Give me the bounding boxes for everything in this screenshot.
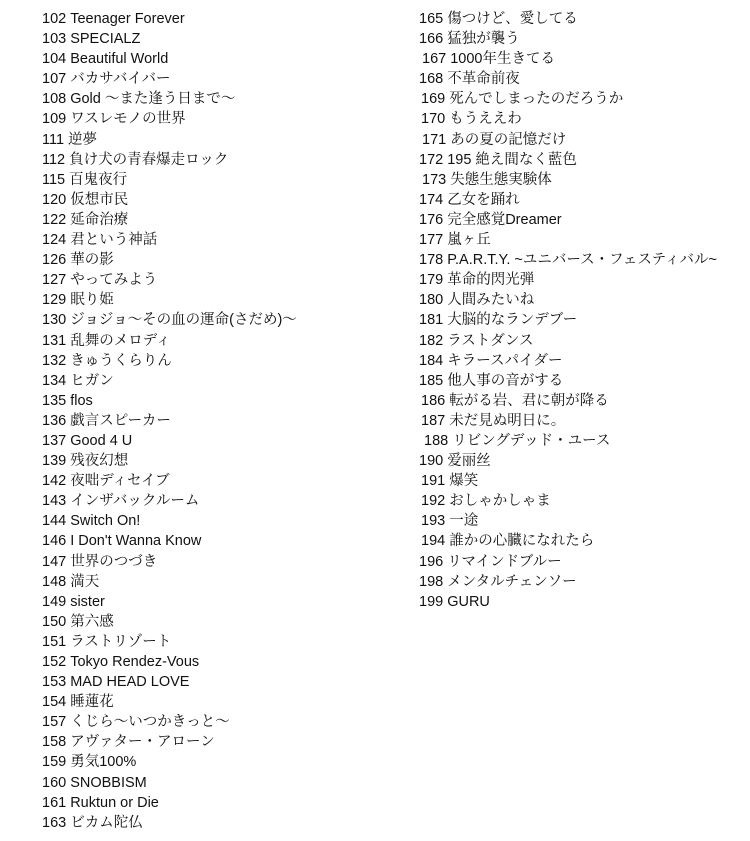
song-number: 161	[42, 795, 66, 811]
list-item: 168不革命前夜	[419, 69, 717, 89]
song-title: 爱丽丝	[447, 453, 491, 469]
list-item: 172195 絶え間なく藍色	[419, 150, 717, 170]
song-title: ワスレモノの世界	[70, 111, 185, 127]
song-title: sister	[70, 594, 105, 610]
list-item: 152Tokyo Rendez-Vous	[42, 652, 297, 672]
song-title: Beautiful World	[70, 51, 168, 67]
list-item: 108Gold ～また逢う日まで～	[42, 89, 297, 109]
list-item: 177嵐ヶ丘	[419, 230, 717, 250]
list-item: 122延命治療	[42, 210, 297, 230]
list-item: 149sister	[42, 592, 297, 612]
list-item: 160SNOBBISM	[42, 773, 297, 793]
song-number: 142	[42, 473, 66, 489]
song-title: 世界のつづき	[70, 554, 157, 570]
song-title: 仮想市民	[70, 192, 128, 208]
song-number: 103	[42, 31, 66, 47]
list-item: 148満天	[42, 572, 297, 592]
list-item: 139残夜幻想	[42, 451, 297, 471]
song-title: リマインドブルー	[447, 554, 561, 570]
song-number: 107	[42, 71, 66, 87]
song-title: 華の影	[70, 252, 114, 268]
song-title: 百鬼夜行	[69, 172, 127, 188]
list-item: 109ワスレモノの世界	[42, 109, 297, 129]
song-title: 完全感覚Dreamer	[447, 212, 561, 228]
song-number: 126	[42, 252, 66, 268]
list-item: 171あの夏の記憶だけ	[419, 130, 717, 150]
song-title: 逆夢	[68, 132, 97, 148]
song-number: 181	[419, 312, 443, 328]
list-item: 190爱丽丝	[419, 451, 717, 471]
song-title: 一途	[449, 513, 478, 529]
song-number: 165	[419, 11, 443, 27]
song-list-right: 165傷つけど、愛してる166猛独が襲う1671000年生きてる168不革命前夜…	[419, 9, 717, 612]
song-number: 146	[42, 533, 66, 549]
song-number: 115	[42, 172, 65, 188]
list-item: 120仮想市民	[42, 190, 297, 210]
song-title: ビカム陀仏	[70, 815, 143, 831]
song-number: 187	[421, 413, 445, 429]
song-title: I Don't Wanna Know	[70, 533, 201, 549]
song-number: 136	[42, 413, 66, 429]
song-number: 163	[42, 815, 66, 831]
song-number: 153	[42, 674, 66, 690]
song-title: 乱舞のメロディ	[70, 333, 170, 349]
song-number: 178	[419, 252, 443, 268]
song-number: 190	[419, 453, 443, 469]
song-number: 193	[421, 513, 445, 529]
song-number: 174	[419, 192, 443, 208]
song-title: 勇気100%	[70, 754, 136, 770]
list-item: 124君という神話	[42, 230, 297, 250]
song-number: 188	[424, 433, 448, 449]
song-number: 185	[419, 373, 443, 389]
list-item: 179革命的閃光弾	[419, 270, 717, 290]
list-item: 199GURU	[419, 592, 717, 612]
list-item: 165傷つけど、愛してる	[419, 9, 717, 29]
song-number: 192	[421, 493, 445, 509]
song-number: 112	[42, 152, 65, 168]
list-item: 142夜咄ディセイブ	[42, 471, 297, 491]
list-item: 176完全感覚Dreamer	[419, 210, 717, 230]
song-title: 猛独が襲う	[447, 31, 520, 47]
list-item: 104Beautiful World	[42, 49, 297, 69]
song-title: 延命治療	[70, 212, 128, 228]
song-number: 132	[42, 353, 66, 369]
song-title: バカサバイバー	[70, 71, 170, 87]
list-item: 154睡蓮花	[42, 692, 297, 712]
song-title: メンタルチェンソー	[447, 574, 576, 590]
song-title: ヒガン	[70, 373, 114, 389]
list-item: 1671000年生きてる	[419, 49, 717, 69]
song-number: 134	[42, 373, 66, 389]
song-number: 191	[421, 473, 445, 489]
list-item: 135flos	[42, 391, 297, 411]
song-number: 169	[421, 91, 445, 107]
song-number: 131	[42, 333, 66, 349]
list-item: 180人間みたいね	[419, 290, 717, 310]
song-number: 194	[421, 533, 445, 549]
song-title: GURU	[447, 594, 490, 610]
song-title: flos	[70, 393, 93, 409]
song-title: リビングデッド・ユース	[452, 433, 610, 449]
song-number: 179	[419, 272, 443, 288]
list-item: 112負け犬の青春爆走ロック	[42, 150, 297, 170]
song-title: ラストリゾート	[70, 634, 171, 650]
list-item: 127やってみよう	[42, 270, 297, 290]
song-title: Tokyo Rendez-Vous	[70, 654, 199, 670]
list-item: 182ラストダンス	[419, 331, 717, 351]
list-item: 130ジョジョ～その血の運命(さだめ)～	[42, 310, 297, 330]
song-title: Switch On!	[70, 513, 140, 529]
song-title: 不革命前夜	[447, 71, 520, 87]
song-number: 120	[42, 192, 66, 208]
list-item: 150第六感	[42, 612, 297, 632]
song-number: 199	[419, 594, 443, 610]
song-title: 転がる岩、君に朝が降る	[449, 393, 609, 409]
song-number: 198	[419, 574, 443, 590]
song-number: 167	[422, 51, 446, 67]
list-item: 181大脳的なランデブー	[419, 310, 717, 330]
song-title: 睡蓮花	[70, 694, 114, 710]
song-title: やってみよう	[70, 272, 157, 288]
song-title: きゅうくらりん	[70, 353, 172, 369]
list-item: 166猛独が襲う	[419, 29, 717, 49]
song-number: 150	[42, 614, 66, 630]
list-item: 174乙女を踊れ	[419, 190, 717, 210]
list-item: 151ラストリゾート	[42, 632, 297, 652]
song-number: 122	[42, 212, 66, 228]
song-title: 人間みたいね	[447, 292, 534, 308]
song-number: 102	[42, 11, 66, 27]
list-item: 184キラースパイダー	[419, 351, 717, 371]
song-number: 124	[42, 232, 66, 248]
song-number: 166	[419, 31, 443, 47]
list-item: 136戯言スピーカー	[42, 411, 297, 431]
list-item: 173失態生態実験体	[419, 170, 717, 190]
song-title: Ruktun or Die	[70, 795, 159, 811]
song-number: 127	[42, 272, 66, 288]
song-number: 111	[42, 132, 64, 148]
song-number: 176	[419, 212, 443, 228]
song-title: 傷つけど、愛してる	[447, 11, 578, 27]
song-number: 168	[419, 71, 443, 87]
song-number: 180	[419, 292, 443, 308]
song-number: 149	[42, 594, 66, 610]
list-item: 170もうええわ	[419, 109, 717, 129]
song-title: 革命的閃光弾	[447, 272, 534, 288]
song-title: 未だ見ぬ明日に。	[449, 413, 565, 429]
song-title: 1000年生きてる	[450, 51, 555, 67]
song-title: 爆笑	[449, 473, 478, 489]
song-number: 152	[42, 654, 66, 670]
song-title: 残夜幻想	[70, 453, 128, 469]
list-item: 188リビングデッド・ユース	[419, 431, 717, 451]
song-title: あの夏の記憶だけ	[450, 132, 566, 148]
song-number: 159	[42, 754, 66, 770]
song-title: 満天	[70, 574, 99, 590]
list-item: 131乱舞のメロディ	[42, 331, 297, 351]
list-item: 187未だ見ぬ明日に。	[419, 411, 717, 431]
list-item: 132きゅうくらりん	[42, 351, 297, 371]
song-number: 143	[42, 493, 66, 509]
song-title: キラースパイダー	[447, 353, 562, 369]
song-title: 嵐ヶ丘	[447, 232, 491, 248]
song-title: 大脳的なランデブー	[447, 312, 577, 328]
song-number: 157	[42, 714, 66, 730]
song-title: Good 4 U	[70, 433, 132, 449]
song-title: おしゃかしゃま	[449, 493, 551, 509]
song-title: 誰かの心臓になれたら	[449, 533, 594, 549]
song-title: ジョジョ～その血の運命(さだめ)～	[70, 312, 297, 328]
list-item: 158アヴァター・アローン	[42, 732, 297, 752]
list-item: 196リマインドブルー	[419, 552, 717, 572]
list-item: 178P.A.R.T.Y. ~ユニバース・フェスティバル~	[419, 250, 717, 270]
list-item: 169死んでしまったのだろうか	[419, 89, 717, 109]
song-number: 173	[422, 172, 446, 188]
song-number: 154	[42, 694, 66, 710]
song-number: 144	[42, 513, 66, 529]
song-number: 148	[42, 574, 66, 590]
song-number: 196	[419, 554, 443, 570]
song-number: 182	[419, 333, 443, 349]
song-list-left: 102Teenager Forever103SPECIALZ104Beautif…	[42, 9, 297, 833]
song-number: 137	[42, 433, 66, 449]
list-item: 191爆笑	[419, 471, 717, 491]
song-title: ラストダンス	[447, 333, 533, 349]
list-item: 126華の影	[42, 250, 297, 270]
song-number: 139	[42, 453, 66, 469]
list-item: 143インザバックルーム	[42, 491, 297, 511]
song-title: 君という神話	[70, 232, 157, 248]
list-item: 103SPECIALZ	[42, 29, 297, 49]
song-title: SPECIALZ	[70, 31, 140, 47]
song-number: 129	[42, 292, 66, 308]
song-number: 172	[419, 152, 443, 168]
song-title: Teenager Forever	[70, 11, 184, 27]
list-item: 115百鬼夜行	[42, 170, 297, 190]
song-title: 眠り姫	[70, 292, 114, 308]
song-number: 104	[42, 51, 66, 67]
song-number: 170	[421, 111, 445, 127]
song-title: アヴァター・アローン	[70, 734, 215, 750]
list-item: 186転がる岩、君に朝が降る	[419, 391, 717, 411]
song-title: 死んでしまったのだろうか	[449, 91, 623, 107]
list-item: 137Good 4 U	[42, 431, 297, 451]
list-item: 159勇気100%	[42, 752, 297, 772]
song-title: P.A.R.T.Y. ~ユニバース・フェスティバル~	[447, 252, 717, 268]
list-item: 194誰かの心臓になれたら	[419, 531, 717, 551]
list-item: 153MAD HEAD LOVE	[42, 672, 297, 692]
list-item: 107バカサバイバー	[42, 69, 297, 89]
song-number: 147	[42, 554, 66, 570]
song-number: 184	[419, 353, 443, 369]
song-title: 他人事の音がする	[447, 373, 563, 389]
list-item: 129眠り姫	[42, 290, 297, 310]
song-number: 186	[421, 393, 445, 409]
song-title: 戯言スピーカー	[70, 413, 171, 429]
list-item: 134ヒガン	[42, 371, 297, 391]
list-item: 157くじら～いつかきっと～	[42, 712, 297, 732]
list-item: 163ビカム陀仏	[42, 813, 297, 833]
list-item: 147世界のつづき	[42, 552, 297, 572]
song-title: 負け犬の青春爆走ロック	[69, 152, 228, 168]
list-item: 146I Don't Wanna Know	[42, 531, 297, 551]
song-number: 108	[42, 91, 66, 107]
song-title: 195 絶え間なく藍色	[447, 152, 577, 168]
list-item: 193一途	[419, 511, 717, 531]
song-title: MAD HEAD LOVE	[70, 674, 189, 690]
song-title: もうええわ	[449, 111, 522, 127]
song-number: 135	[42, 393, 66, 409]
list-item: 192おしゃかしゃま	[419, 491, 717, 511]
song-title: インザバックルーム	[70, 493, 199, 509]
list-item: 144Switch On!	[42, 511, 297, 531]
list-item: 102Teenager Forever	[42, 9, 297, 29]
song-number: 177	[419, 232, 443, 248]
song-title: くじら～いつかきっと～	[70, 714, 230, 730]
song-title: 第六感	[70, 614, 114, 630]
list-item: 111逆夢	[42, 130, 297, 150]
song-title: Gold ～また逢う日まで～	[70, 91, 235, 107]
song-number: 109	[42, 111, 66, 127]
song-number: 160	[42, 775, 66, 791]
list-item: 198メンタルチェンソー	[419, 572, 717, 592]
list-item: 185他人事の音がする	[419, 371, 717, 391]
song-number: 130	[42, 312, 66, 328]
song-title: SNOBBISM	[70, 775, 147, 791]
list-item: 161Ruktun or Die	[42, 793, 297, 813]
song-number: 151	[42, 634, 66, 650]
song-title: 失態生態実験体	[450, 172, 552, 188]
song-number: 158	[42, 734, 66, 750]
song-title: 夜咄ディセイブ	[70, 473, 169, 489]
song-number: 171	[422, 132, 446, 148]
song-title: 乙女を踊れ	[447, 192, 520, 208]
